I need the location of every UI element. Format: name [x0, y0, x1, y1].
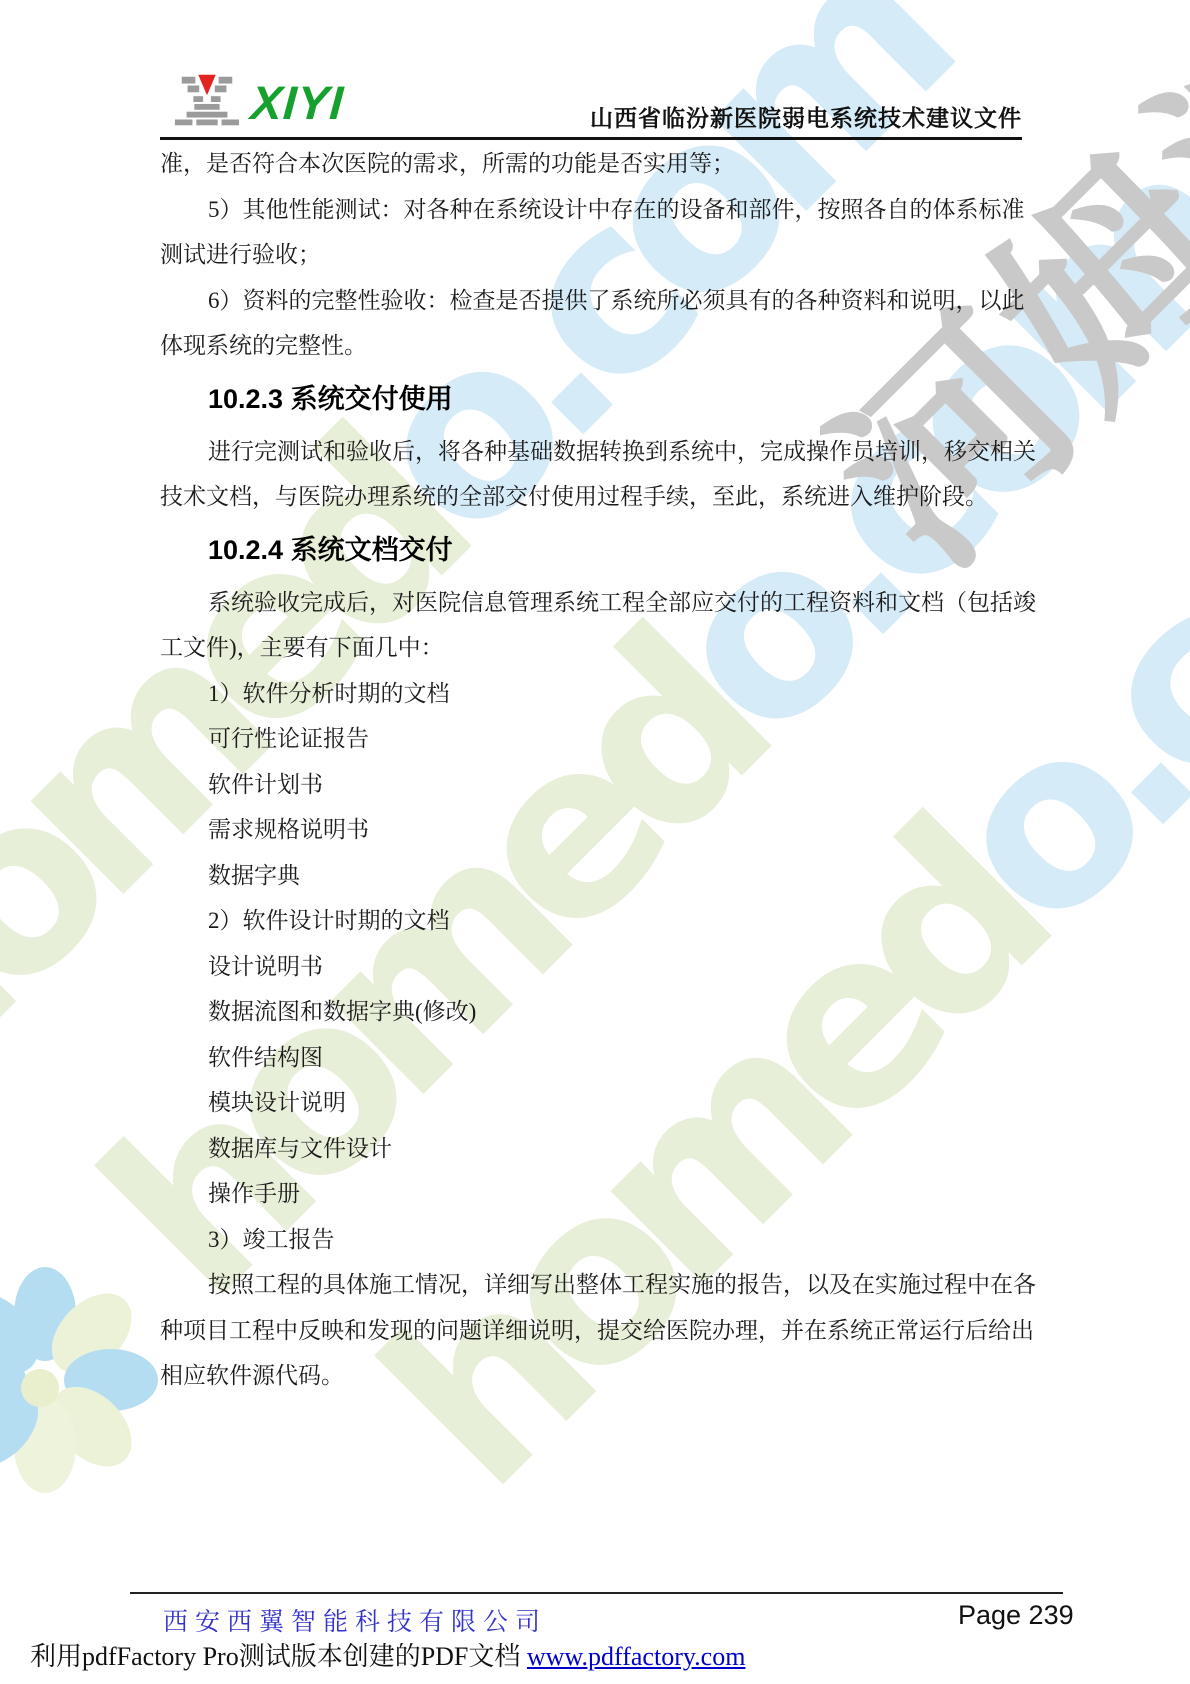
text-line: 软件计划书: [160, 762, 1040, 808]
text-line: 工文件)，主要有下面几中：: [160, 625, 1040, 671]
text-line: 技术文档，与医院办理系统的全部交付使用过程手续，至此，系统进入维护阶段。: [160, 474, 1040, 520]
document-page: homedo.com homedo.com homedo.com 河姆渡: [0, 0, 1190, 1684]
text-line: 6）资料的完整性验收：检查是否提供了系统所必须具有的各种资料和说明，以此: [160, 278, 1040, 324]
pdffactory-link[interactable]: www.pdffactory.com: [527, 1642, 746, 1671]
page-number: Page 239: [958, 1600, 1074, 1631]
text-line: 种项目工程中反映和发现的问题详细说明，提交给医院办理，并在系统正常运行后给出: [160, 1308, 1040, 1354]
text-line: 可行性论证报告: [160, 716, 1040, 762]
text-line: 测试进行验收；: [160, 232, 1040, 278]
text-line: 设计说明书: [160, 944, 1040, 990]
text-line: 模块设计说明: [160, 1080, 1040, 1126]
text-line: 系统验收完成后，对医院信息管理系统工程全部应交付的工程资料和文档（包括竣: [160, 580, 1040, 626]
footer-divider: [130, 1592, 1063, 1594]
header-divider: [160, 137, 1022, 140]
text-line: 数据流图和数据字典(修改): [160, 989, 1040, 1035]
pdffactory-notice-text: 利用pdfFactory Pro测试版本创建的PDF文档: [30, 1642, 527, 1671]
section-heading: 10.2.4 系统文档交付: [160, 520, 1040, 580]
logo-red-triangle: [198, 75, 215, 95]
flower-icon: [0, 1250, 175, 1510]
pdffactory-notice: 利用pdfFactory Pro测试版本创建的PDF文档 www.pdffact…: [30, 1636, 745, 1673]
text-line: 体现系统的完整性。: [160, 323, 1040, 369]
page-body: 准，是否符合本次医院的需求，所需的功能是否实用等；5）其他性能测试：对各种在系统…: [160, 141, 1040, 1399]
text-line: 准，是否符合本次医院的需求，所需的功能是否实用等；: [160, 141, 1040, 187]
company-logo: XIYI: [173, 72, 344, 132]
logo-mark-icon: [173, 72, 241, 132]
logo-wordmark: XIYI: [249, 75, 346, 130]
text-line: 进行完测试和验收后，将各种基础数据转换到系统中，完成操作员培训，移交相关: [160, 429, 1040, 475]
text-line: 按照工程的具体施工情况，详细写出整体工程实施的报告，以及在实施过程中在各: [160, 1262, 1040, 1308]
text-line: 数据库与文件设计: [160, 1126, 1040, 1172]
section-heading: 10.2.3 系统交付使用: [160, 369, 1040, 429]
text-line: 1）软件分析时期的文档: [160, 671, 1040, 717]
text-line: 需求规格说明书: [160, 807, 1040, 853]
text-line: 3）竣工报告: [160, 1217, 1040, 1263]
text-line: 2）软件设计时期的文档: [160, 898, 1040, 944]
text-line: 相应软件源代码。: [160, 1353, 1040, 1399]
text-line: 软件结构图: [160, 1035, 1040, 1081]
text-line: 数据字典: [160, 853, 1040, 899]
text-line: 5）其他性能测试：对各种在系统设计中存在的设备和部件，按照各自的体系标准: [160, 187, 1040, 233]
footer-company-name: 西安西翼智能科技有限公司: [163, 1602, 547, 1638]
document-title: 山西省临汾新医院弱电系统技术建议文件: [590, 100, 1022, 133]
text-line: 操作手册: [160, 1171, 1040, 1217]
